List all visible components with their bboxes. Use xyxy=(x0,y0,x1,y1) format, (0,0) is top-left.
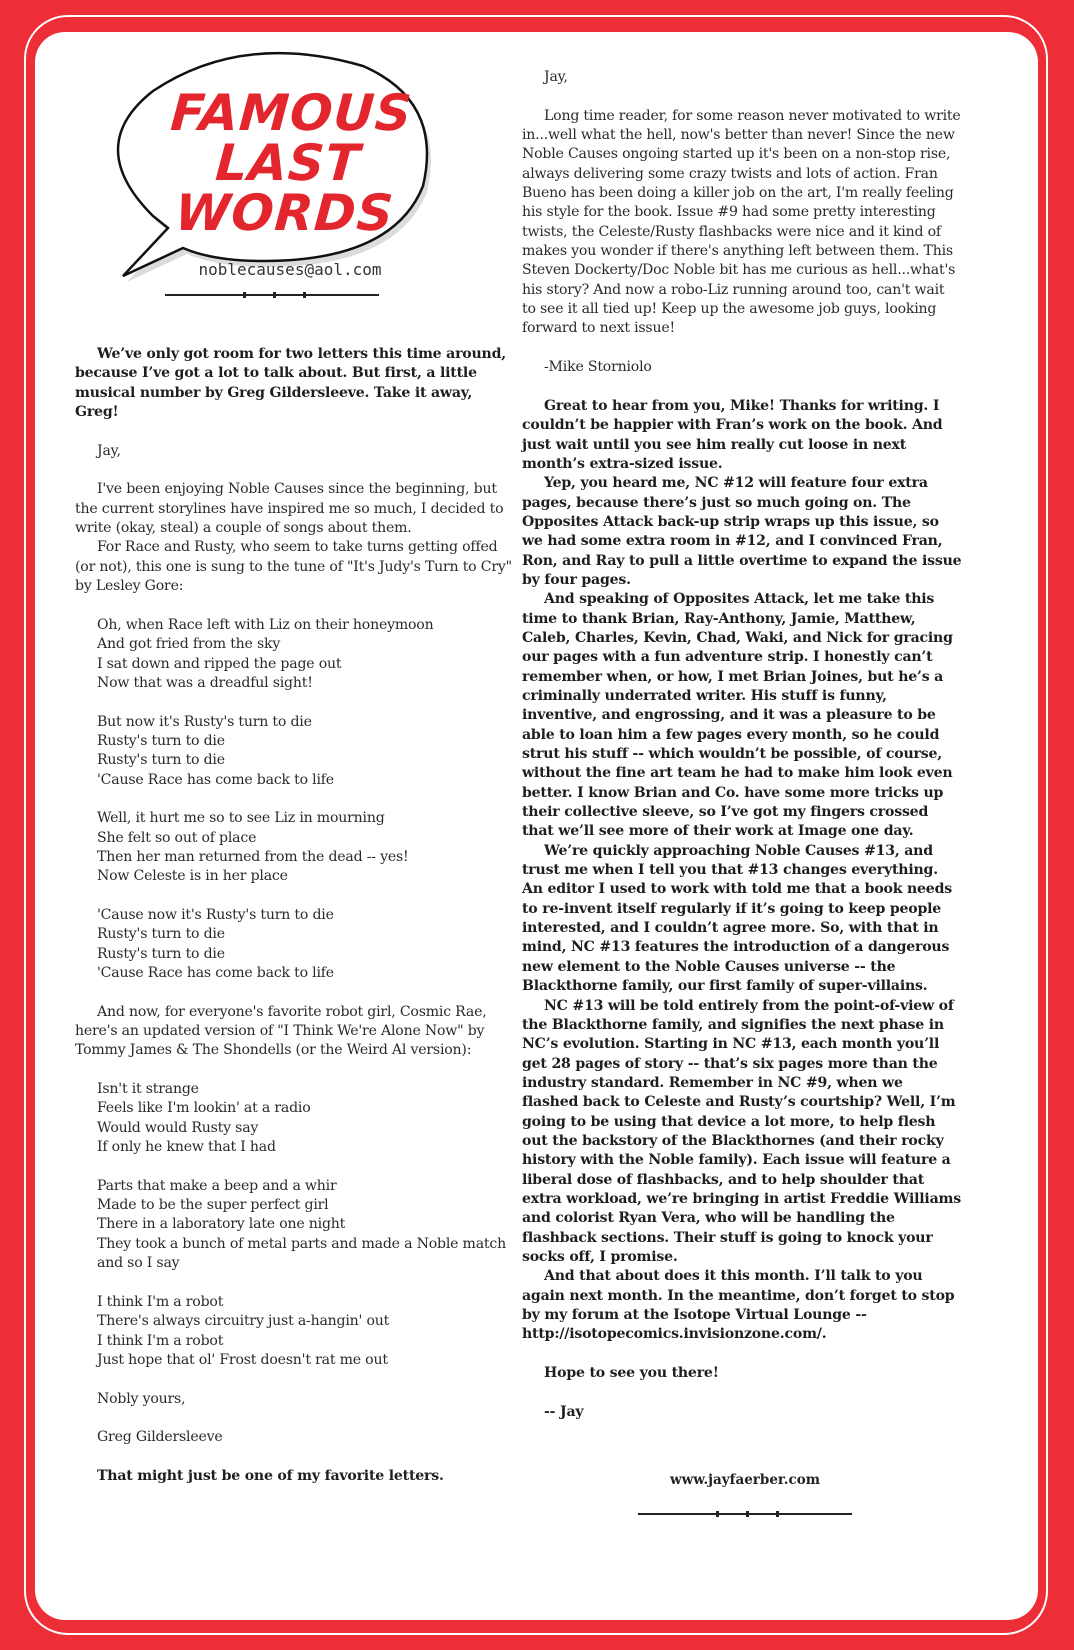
right-column: Jay, Long time reader, for some reason n… xyxy=(522,68,962,1422)
song-parody-2: Isn't it strangeFeels like I'm lookin' a… xyxy=(75,1080,515,1370)
song-chorus: 'Cause now it's Rusty's turn to dieRusty… xyxy=(97,906,515,983)
ornamental-divider xyxy=(165,290,379,300)
contact-email[interactable]: noblecauses@aol.com xyxy=(170,260,410,279)
song-chorus: I think I'm a robotThere's always circui… xyxy=(97,1293,515,1370)
response-paragraph: And that about does it this month. I’ll … xyxy=(522,1267,962,1344)
letters-page: FAMOUS LAST WORDS noblecauses@aol.com We… xyxy=(35,32,1038,1620)
letter1-paragraph: I've been enjoying Noble Causes since th… xyxy=(75,480,515,538)
song-verse: Parts that make a beep and a whirMade to… xyxy=(97,1177,515,1274)
letter1-signature: Greg Gildersleeve xyxy=(75,1428,515,1447)
response-paragraph: NC #13 will be told entirely from the po… xyxy=(522,997,962,1268)
logo-title: FAMOUS LAST WORDS xyxy=(133,88,443,238)
response-paragraph: Yep, you heard me, NC #12 will feature f… xyxy=(522,474,962,590)
editor-intro: We’ve only got room for two letters this… xyxy=(75,345,515,422)
song-verse: Well, it hurt me so to see Liz in mourni… xyxy=(97,809,515,886)
letter1-paragraph: And now, for everyone's favorite robot g… xyxy=(75,1003,515,1061)
letter2-body: Long time reader, for some reason never … xyxy=(522,107,962,339)
song-parody-1: Oh, when Race left with Liz on their hon… xyxy=(75,616,515,984)
famous-last-words-logo: FAMOUS LAST WORDS xyxy=(93,36,433,296)
song-verse: Isn't it strangeFeels like I'm lookin' a… xyxy=(97,1080,515,1157)
ornamental-divider xyxy=(638,1509,852,1519)
response-paragraph: And speaking of Opposites Attack, let me… xyxy=(522,590,962,841)
editor-reply: That might just be one of my favorite le… xyxy=(75,1467,515,1486)
letter1-closing: Nobly yours, xyxy=(75,1390,515,1409)
sign-off: Hope to see you there! xyxy=(522,1364,962,1383)
website-link[interactable]: www.jayfaerber.com xyxy=(625,1472,865,1488)
editor-response: Great to hear from you, Mike! Thanks for… xyxy=(522,397,962,1422)
song-verse: Oh, when Race left with Liz on their hon… xyxy=(97,616,515,693)
letter2-signature: -Mike Storniolo xyxy=(522,358,962,377)
response-paragraph: We’re quickly approaching Noble Causes #… xyxy=(522,842,962,997)
response-paragraph: Great to hear from you, Mike! Thanks for… xyxy=(522,397,962,474)
left-column: We’ve only got room for two letters this… xyxy=(75,345,515,1486)
song-chorus: But now it's Rusty's turn to dieRusty's … xyxy=(97,713,515,790)
letter1-salutation: Jay, xyxy=(75,442,515,461)
letter1-paragraph: For Race and Rusty, who seem to take tur… xyxy=(75,538,515,596)
letter2-salutation: Jay, xyxy=(522,68,962,87)
editor-signature: -- Jay xyxy=(522,1403,962,1422)
